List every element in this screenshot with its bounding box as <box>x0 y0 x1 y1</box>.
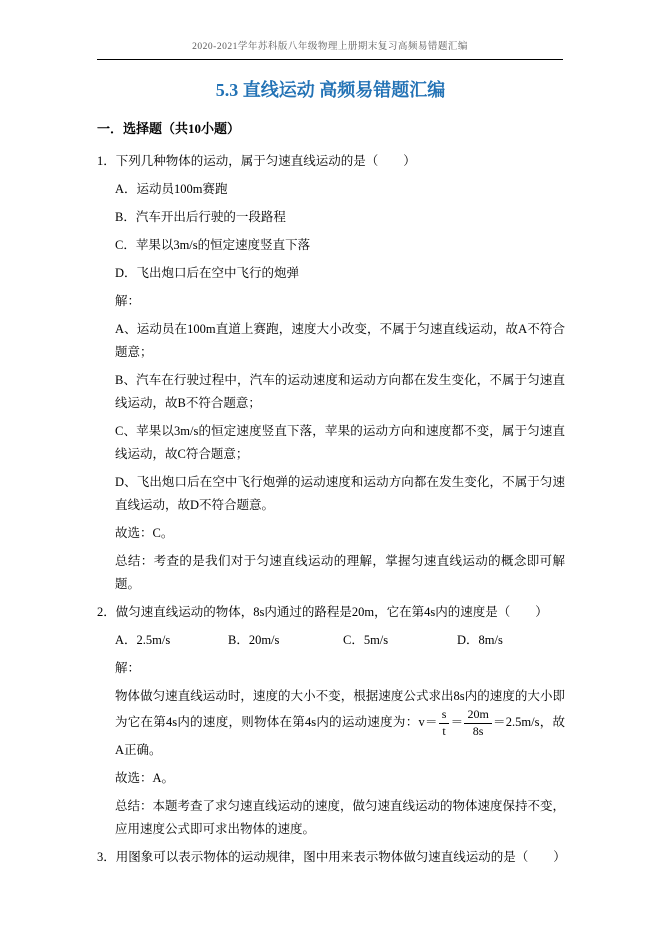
question-1-option-d: D．飞出炮口后在空中飞行的炮弹 <box>97 262 565 285</box>
header-text: 2020-2021学年苏科版八年级物理上册期末复习高频易错题汇编 <box>192 42 468 52</box>
fraction-numerator-s: s <box>439 708 450 724</box>
question-1-option-b: B．汽车开出后行驶的一段路程 <box>97 206 565 229</box>
question-2-summary: 总结：本题考查了求匀速直线运动的速度，做匀速直线运动的物体速度保持不变，应用速度… <box>97 795 565 841</box>
question-1-option-c: C．苹果以3m/s的恒定速度竖直下落 <box>97 234 565 257</box>
question-2-stem: 2．做匀速直线运动的物体，8s内通过的路程是20m，它在第4s内的速度是（ ） <box>97 601 565 624</box>
question-2-options-row: A．2.5m/s B．20m/s C．5m/s D．8m/s <box>97 629 565 652</box>
question-1-analysis-d: D、飞出炮口后在空中飞行炮弹的运动速度和运动方向都在发生变化，不属于匀速直线运动… <box>97 471 565 517</box>
question-2-solution-label: 解： <box>97 657 565 680</box>
page-header: 2020-2021学年苏科版八年级物理上册期末复习高频易错题汇编 <box>97 38 563 60</box>
fraction-s-over-t: st <box>439 708 450 739</box>
question-2-option-d: D．8m/s <box>457 629 565 652</box>
question-1-analysis-c: C、苹果以3m/s的恒定速度竖直下落，苹果的运动方向和速度都不变，属于匀速直线运… <box>97 420 565 466</box>
fraction-denominator-8s: 8s <box>464 724 491 739</box>
question-1-analysis-a: A、运动员在100m直道上赛跑，速度大小改变，不属于匀速直线运动，故A不符合题意… <box>97 318 565 364</box>
question-1-analysis-b: B、汽车在行驶过程中，汽车的运动速度和运动方向都在发生变化，不属于匀速直线运动，… <box>97 369 565 415</box>
fraction-20m-over-8s: 20m8s <box>464 708 491 739</box>
document-title: 5.3 直线运动 高频易错题汇编 <box>0 76 661 102</box>
question-1-option-a: A．运动员100m赛跑 <box>97 178 565 201</box>
question-2-analysis: 物体做匀速直线运动时，速度的大小不变，根据速度公式求出8s内的速度的大小即为它在… <box>97 685 565 762</box>
question-2-option-b: B．20m/s <box>228 629 343 652</box>
question-1-summary: 总结：考查的是我们对于匀速直线运动的理解，掌握匀速直线运动的概念即可解题。 <box>97 550 565 596</box>
question-3-stem: 3．用图象可以表示物体的运动规律，图中用来表示物体做匀速直线运动的是（ ） <box>97 846 565 869</box>
question-2-answer: 故选：A。 <box>97 767 565 790</box>
question-2-option-c: C．5m/s <box>343 629 457 652</box>
question-1-solution-label: 解： <box>97 290 565 313</box>
question-2-option-a: A．2.5m/s <box>115 629 228 652</box>
document-page: 2020-2021学年苏科版八年级物理上册期末复习高频易错题汇编 5.3 直线运… <box>0 0 661 935</box>
equals-sign: ＝ <box>450 715 463 729</box>
fraction-numerator-20m: 20m <box>464 708 491 724</box>
document-body: 一．选择题（共10小题） 1．下列几种物体的运动，属于匀速直线运动的是（ ） A… <box>97 117 565 874</box>
question-1-answer: 故选：C。 <box>97 522 565 545</box>
fraction-denominator-t: t <box>439 724 450 739</box>
section-heading: 一．选择题（共10小题） <box>97 117 565 140</box>
question-1-stem: 1．下列几种物体的运动，属于匀速直线运动的是（ ） <box>97 150 565 173</box>
